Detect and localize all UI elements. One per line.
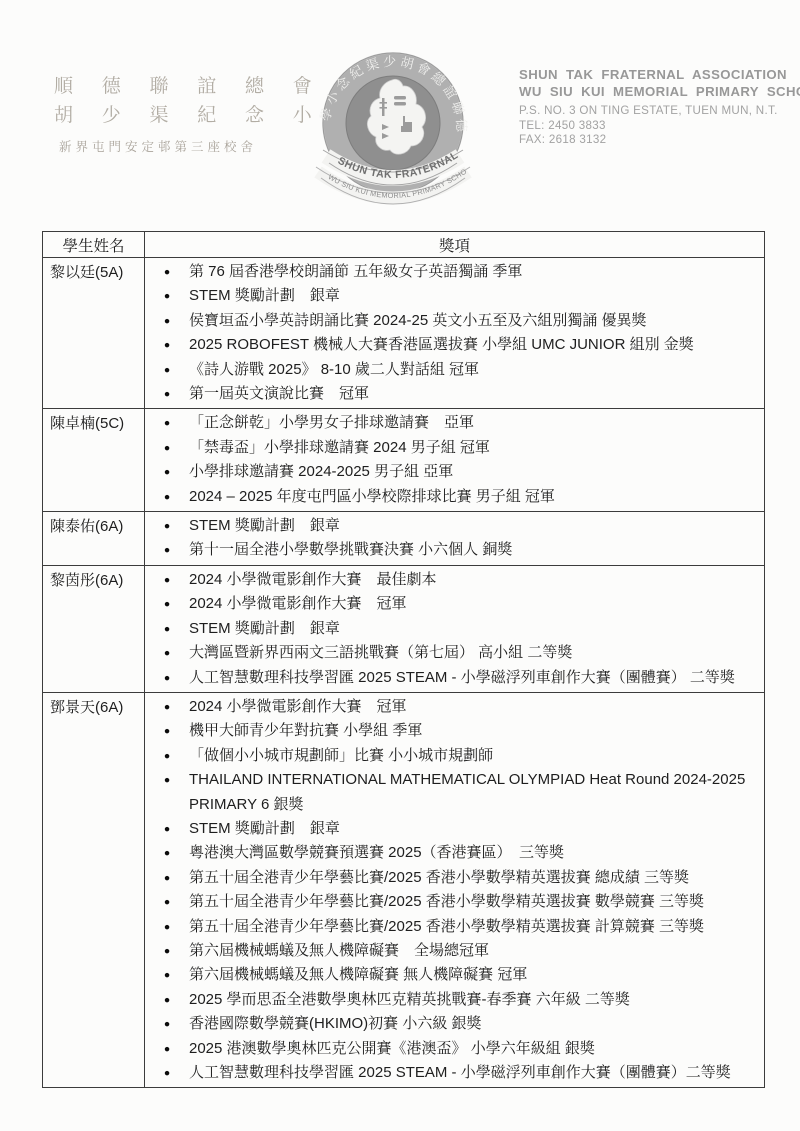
award-text: STEM 獎勵計劃 銀章 [189,817,756,841]
bullet-icon: ● [145,768,189,817]
bullet-icon: ● [145,1012,189,1036]
student-name: 黎茵彤(6A) [43,565,145,692]
award-item: ● 人工智慧數理科技學習匯 2025 STEAM - 小學磁浮列車創作大賽（團體… [145,1061,756,1085]
award-list: ● 「正念餅乾」小學男女子排球邀請賽 亞軍 ● 「禁毒盃」小學排球邀請賽 202… [145,409,765,512]
student-name: 陳泰佑(6A) [43,512,145,566]
award-item: ● 《詩人游戰 2025》 8-10 歲二人對話組 冠軍 [145,358,756,382]
award-text: 粵港澳大灣區數學競賽預選賽 2025（香港賽區） 三等獎 [189,841,756,865]
award-item: ● 「正念餅乾」小學男女子排球邀請賽 亞軍 [145,411,756,435]
school-crest-logo: 學小念紀渠少胡會總誼聯德順 SHUN TAK FRATERNAL ASSN WU… [308,38,484,214]
award-text: 2025 學而思盃全港數學奧林匹克精英挑戰賽-春季賽 六年級 二等獎 [189,988,756,1012]
award-item: ● 2025 學而思盃全港數學奧林匹克精英挑戰賽-春季賽 六年級 二等獎 [145,988,756,1012]
bullet-icon: ● [145,841,189,865]
award-text: 「做個小小城市規劃師」比賽 小小城市規劃師 [189,744,756,768]
award-text: 2024 – 2025 年度屯門區小學校際排球比賽 男子組 冠軍 [189,485,756,509]
award-item: ● 第五十屆全港青少年學藝比賽/2025 香港小學數學精英選拔賽 數學競賽 三等… [145,890,756,914]
award-text: 「正念餅乾」小學男女子排球邀請賽 亞軍 [189,411,756,435]
award-list: ● 2024 小學微電影創作大賽 冠軍 ● 機甲大師青少年對抗賽 小學組 季軍 … [145,692,765,1088]
bullet-icon: ● [145,460,189,484]
school-name-en-line2: WU SIU KUI MEMORIAL PRIMARY SCHOOL [519,83,800,100]
award-item: ● 粵港澳大灣區數學競賽預選賽 2025（香港賽區） 三等獎 [145,841,756,865]
award-text: 2025 港澳數學奧林匹克公開賽《港澳盃》 小學六年級組 銀獎 [189,1037,756,1061]
award-item: ● 第六屆機械螞蟻及無人機障礙賽 無人機障礙賽 冠軍 [145,963,756,987]
bullet-icon: ● [145,866,189,890]
award-text: STEM 獎勵計劃 銀章 [189,284,756,308]
bullet-icon: ● [145,666,189,690]
bullet-icon: ● [145,568,189,592]
scanned-award-letter-page: 順 德 聯 誼 總 會 胡 少 渠 紀 念 小 學 新界屯門安定邨第三座校舍 [0,0,800,1131]
award-text: 侯寶垣盃小學英詩朗誦比賽 2024-25 英文小五至及六組別獨誦 優異獎 [189,309,756,333]
table-row: 黎以廷(5A) ● 第 76 屆香港學校朗誦節 五年級女子英語獨誦 季軍 ● S… [43,258,765,409]
column-header-student-name: 學生姓名 [43,232,145,258]
award-text: 香港國際數學競賽(HKIMO)初賽 小六級 銀獎 [189,1012,756,1036]
bullet-icon: ● [145,333,189,357]
bullet-icon: ● [145,963,189,987]
bullet-icon: ● [145,817,189,841]
award-item: ● 「做個小小城市規劃師」比賽 小小城市規劃師 [145,744,756,768]
bullet-icon: ● [145,617,189,641]
bullet-icon: ● [145,411,189,435]
awards-table: 學生姓名 獎項 黎以廷(5A) ● 第 76 屆香港學校朗誦節 五年級女子英語獨… [42,231,765,1088]
award-item: ● 第五十屆全港青少年學藝比賽/2025 香港小學數學精英選拔賽 計算競賽 三等… [145,915,756,939]
table-row: 陳卓楠(5C) ● 「正念餅乾」小學男女子排球邀請賽 亞軍 ● 「禁毒盃」小學排… [43,409,765,512]
award-item: ● 機甲大師青少年對抗賽 小學組 季軍 [145,719,756,743]
bullet-icon: ● [145,514,189,538]
column-header-awards: 獎項 [145,232,765,258]
award-text: THAILAND INTERNATIONAL MATHEMATICAL OLYM… [189,768,756,817]
award-text: 第一屆英文演說比賽 冠軍 [189,382,756,406]
bullet-icon: ● [145,538,189,562]
award-text: 第六屆機械螞蟻及無人機障礙賽 全場總冠軍 [189,939,756,963]
award-text: 2024 小學微電影創作大賽 最佳劇本 [189,568,756,592]
award-item: ● 第六屆機械螞蟻及無人機障礙賽 全場總冠軍 [145,939,756,963]
award-text: 「禁毒盃」小學排球邀請賽 2024 男子組 冠軍 [189,436,756,460]
award-text: 第 76 屆香港學校朗誦節 五年級女子英語獨誦 季軍 [189,260,756,284]
award-item: ● 「禁毒盃」小學排球邀請賽 2024 男子組 冠軍 [145,436,756,460]
award-item: ● THAILAND INTERNATIONAL MATHEMATICAL OL… [145,768,756,817]
award-item: ● STEM 獎勵計劃 銀章 [145,817,756,841]
bullet-icon: ● [145,719,189,743]
table-row: 陳泰佑(6A) ● STEM 獎勵計劃 銀章 ● 第十一屆全港小學數學挑戰賽決賽… [43,512,765,566]
award-text: 第六屆機械螞蟻及無人機障礙賽 無人機障礙賽 冠軍 [189,963,756,987]
bullet-icon: ● [145,915,189,939]
award-item: ● STEM 獎勵計劃 銀章 [145,617,756,641]
award-item: ● 2024 – 2025 年度屯門區小學校際排球比賽 男子組 冠軍 [145,485,756,509]
award-item: ● 侯寶垣盃小學英詩朗誦比賽 2024-25 英文小五至及六組別獨誦 優異獎 [145,309,756,333]
award-list: ● STEM 獎勵計劃 銀章 ● 第十一屆全港小學數學挑戰賽決賽 小六個人 銅獎 [145,512,765,566]
award-item: ● 小學排球邀請賽 2024-2025 男子組 亞軍 [145,460,756,484]
school-fax: FAX: 2618 3132 [519,133,800,148]
award-item: ● 2024 小學微電影創作大賽 冠軍 [145,592,756,616]
bullet-icon: ● [145,939,189,963]
table-header-row: 學生姓名 獎項 [43,232,765,258]
bullet-icon: ● [145,695,189,719]
school-name-en-line1: SHUN TAK FRATERNAL ASSOCIATION [519,66,800,83]
award-text: 2024 小學微電影創作大賽 冠軍 [189,592,756,616]
award-list: ● 第 76 屆香港學校朗誦節 五年級女子英語獨誦 季軍 ● STEM 獎勵計劃… [145,258,765,409]
bullet-icon: ● [145,1037,189,1061]
award-text: 人工智慧數理科技學習匯 2025 STEAM - 小學磁浮列車創作大賽（團體賽）… [189,666,756,690]
school-address-en: P.S. NO. 3 ON TING ESTATE, TUEN MUN, N.T… [519,104,800,119]
award-text: 第五十屆全港青少年學藝比賽/2025 香港小學數學精英選拔賽 計算競賽 三等獎 [189,915,756,939]
award-list: ● 2024 小學微電影創作大賽 最佳劇本 ● 2024 小學微電影創作大賽 冠… [145,565,765,692]
bullet-icon: ● [145,1061,189,1085]
bullet-icon: ● [145,309,189,333]
award-item: ● 2025 港澳數學奧林匹克公開賽《港澳盃》 小學六年級組 銀獎 [145,1037,756,1061]
award-text: 大灣區暨新界西兩文三語挑戰賽（第七屆） 高小組 二等獎 [189,641,756,665]
award-item: ● 第五十屆全港青少年學藝比賽/2025 香港小學數學精英選拔賽 總成績 三等獎 [145,866,756,890]
school-info-english-block: SHUN TAK FRATERNAL ASSOCIATION WU SIU KU… [519,66,800,148]
award-text: 小學排球邀請賽 2024-2025 男子組 亞軍 [189,460,756,484]
award-item: ● STEM 獎勵計劃 銀章 [145,284,756,308]
student-name: 黎以廷(5A) [43,258,145,409]
award-item: ● 大灣區暨新界西兩文三語挑戰賽（第七屆） 高小組 二等獎 [145,641,756,665]
award-text: 人工智慧數理科技學習匯 2025 STEAM - 小學磁浮列車創作大賽（團體賽）… [189,1061,756,1085]
award-text: 2024 小學微電影創作大賽 冠軍 [189,695,756,719]
school-tel: TEL: 2450 3833 [519,119,800,134]
bullet-icon: ● [145,592,189,616]
bullet-icon: ● [145,284,189,308]
award-item: ● STEM 獎勵計劃 銀章 [145,514,756,538]
school-crest-icon: 學小念紀渠少胡會總誼聯德順 SHUN TAK FRATERNAL ASSN WU… [308,38,484,214]
bullet-icon: ● [145,260,189,284]
bullet-icon: ● [145,382,189,406]
bullet-icon: ● [145,436,189,460]
award-item: ● 2024 小學微電影創作大賽 最佳劇本 [145,568,756,592]
bullet-icon: ● [145,744,189,768]
table-row: 鄧景天(6A) ● 2024 小學微電影創作大賽 冠軍 ● 機甲大師青少年對抗賽… [43,692,765,1088]
bullet-icon: ● [145,641,189,665]
award-text: 機甲大師青少年對抗賽 小學組 季軍 [189,719,756,743]
award-text: STEM 獎勵計劃 銀章 [189,514,756,538]
award-item: ● 人工智慧數理科技學習匯 2025 STEAM - 小學磁浮列車創作大賽（團體… [145,666,756,690]
award-text: 《詩人游戰 2025》 8-10 歲二人對話組 冠軍 [189,358,756,382]
bullet-icon: ● [145,485,189,509]
award-item: ● 2024 小學微電影創作大賽 冠軍 [145,695,756,719]
student-name: 陳卓楠(5C) [43,409,145,512]
table-row: 黎茵彤(6A) ● 2024 小學微電影創作大賽 最佳劇本 ● 2024 小學微… [43,565,765,692]
award-text: STEM 獎勵計劃 銀章 [189,617,756,641]
award-item: ● 第 76 屆香港學校朗誦節 五年級女子英語獨誦 季軍 [145,260,756,284]
award-item: ● 第十一屆全港小學數學挑戰賽決賽 小六個人 銅獎 [145,538,756,562]
award-text: 第五十屆全港青少年學藝比賽/2025 香港小學數學精英選拔賽 總成績 三等獎 [189,866,756,890]
award-item: ● 香港國際數學競賽(HKIMO)初賽 小六級 銀獎 [145,1012,756,1036]
student-name: 鄧景天(6A) [43,692,145,1088]
award-text: 第五十屆全港青少年學藝比賽/2025 香港小學數學精英選拔賽 數學競賽 三等獎 [189,890,756,914]
bullet-icon: ● [145,988,189,1012]
award-item: ● 2025 ROBOFEST 機械人大賽香港區選拔賽 小學組 UMC JUNI… [145,333,756,357]
award-item: ● 第一屆英文演說比賽 冠軍 [145,382,756,406]
award-text: 第十一屆全港小學數學挑戰賽決賽 小六個人 銅獎 [189,538,756,562]
bullet-icon: ● [145,890,189,914]
bullet-icon: ● [145,358,189,382]
award-text: 2025 ROBOFEST 機械人大賽香港區選拔賽 小學組 UMC JUNIOR… [189,333,756,357]
